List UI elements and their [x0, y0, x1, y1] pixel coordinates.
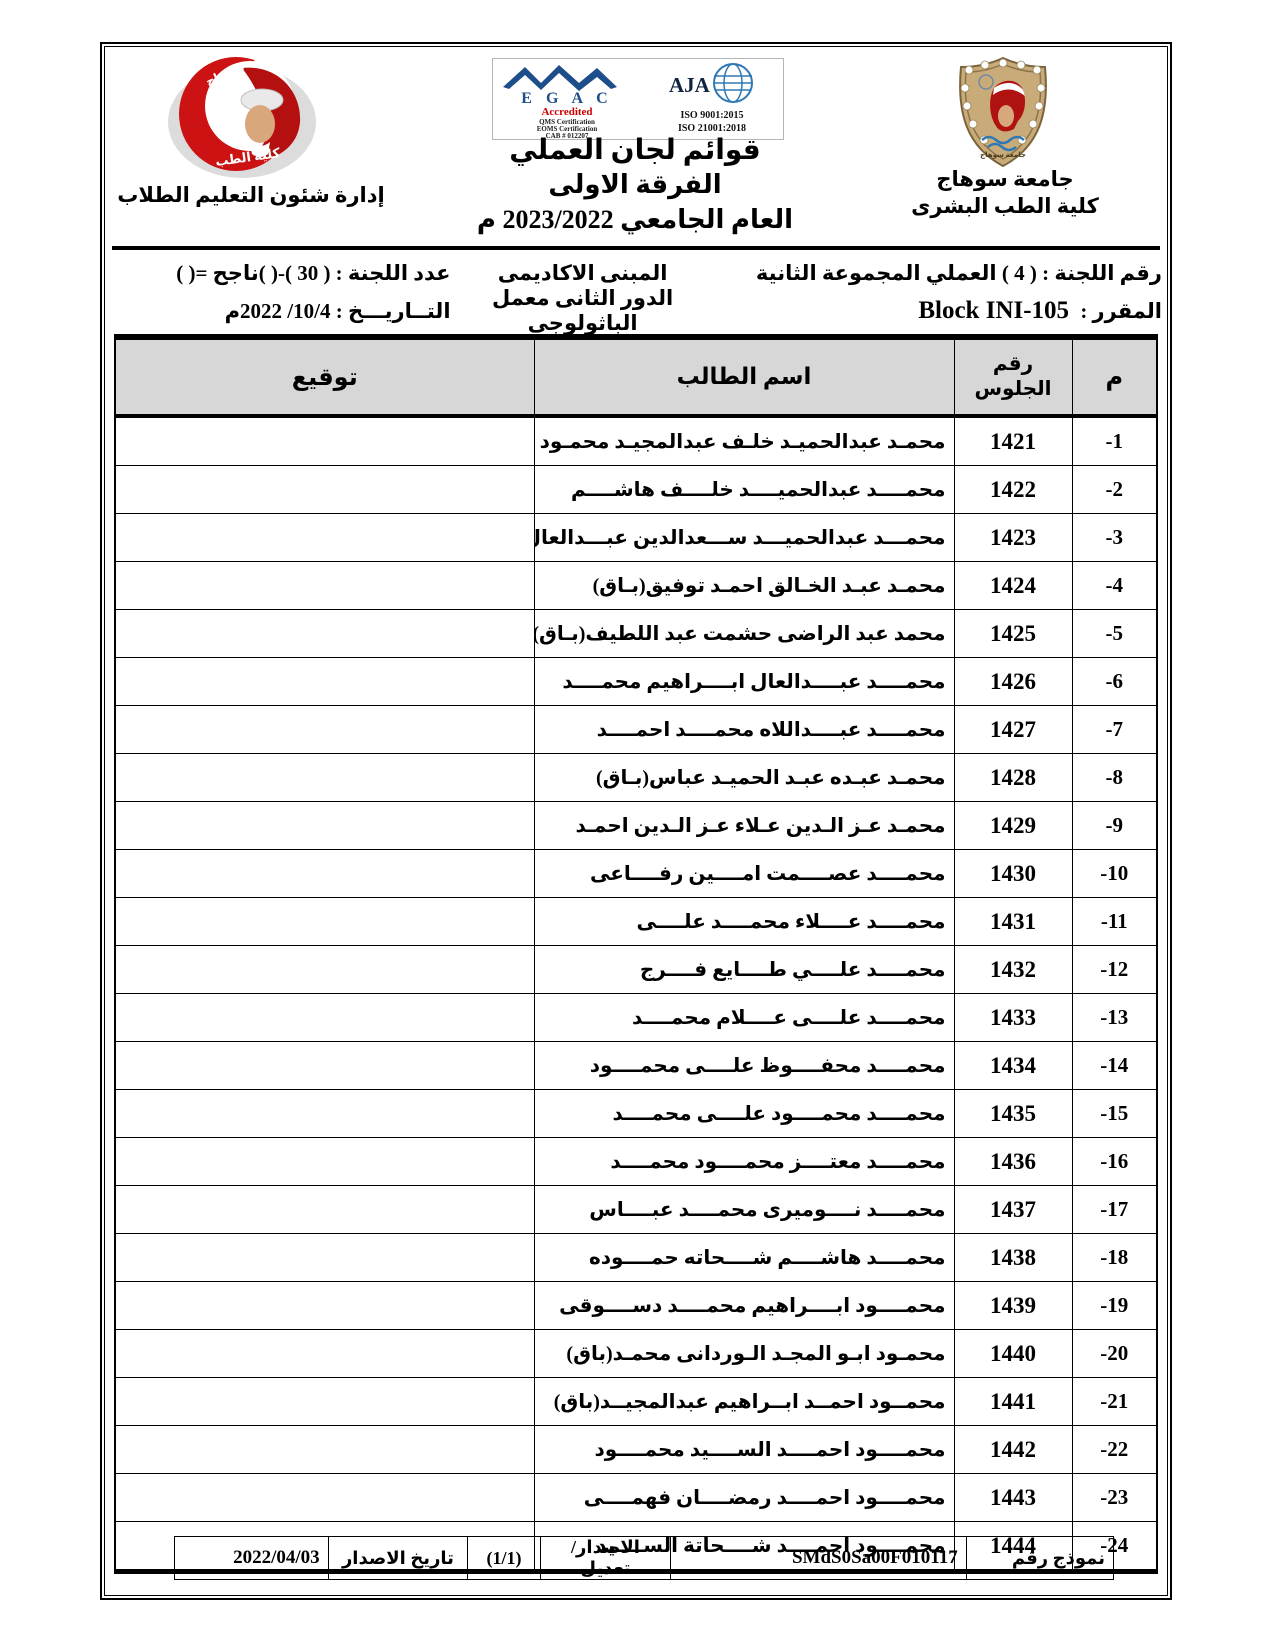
course-code: Block INI-105 [918, 297, 1069, 325]
table-row: -121432محمــــد علــــي طــــايع فــــرج [115, 946, 1157, 994]
student-name: محمــــود احمــــد رمضــــان فهمــــى [534, 1474, 954, 1522]
student-name: محمـد عبـد الخـالق احمـد توفيق(بـاق) [534, 562, 954, 610]
row-index: -22 [1072, 1426, 1157, 1474]
seat-number: 1426 [954, 658, 1072, 706]
exam-date: التــاريـــخ : 10/4/ 2022م [118, 299, 463, 324]
row-index: -16 [1072, 1138, 1157, 1186]
signature-cell [115, 946, 534, 994]
signature-cell [115, 1186, 534, 1234]
egac-name: E G A C [521, 90, 612, 107]
student-name: محمــــد محفــــوظ علــــى محمــــود [534, 1042, 954, 1090]
seat-number: 1436 [954, 1138, 1072, 1186]
header-seat-number: رقم الجلوس [954, 337, 1072, 416]
table-row: -31423محمـــد عبدالحميـــد ســـعدالدين ع… [115, 514, 1157, 562]
table-row: -131433محمــــد علــــى عــــلام محمــــ… [115, 994, 1157, 1042]
egac-accredited: Accredited [541, 106, 592, 118]
student-name: محمــــد هاشــــم شــــحاته حمــــوده [534, 1234, 954, 1282]
header-student-name: اسم الطالب [534, 337, 954, 416]
table-row: -171437محمــــد نــــوميرى محمــــد عبــ… [115, 1186, 1157, 1234]
row-index: -18 [1072, 1234, 1157, 1282]
student-name: محمــــود ابــــراهيم محمــــد دســــوقى [534, 1282, 954, 1330]
seat-number: 1441 [954, 1378, 1072, 1426]
student-name: محمـد عـز الـدين عـلاء عـز الـدين احمـد [534, 802, 954, 850]
student-name: محمــــد عــــلاء محمــــد علــــى [534, 898, 954, 946]
aja-iso2: ISO 21001:2018 [678, 123, 746, 134]
row-index: -19 [1072, 1282, 1157, 1330]
seat-number: 1435 [954, 1090, 1072, 1138]
signature-cell [115, 1474, 534, 1522]
table-row: -191439محمــــود ابــــراهيم محمــــد دس… [115, 1282, 1157, 1330]
student-name: محمــــد نــــوميرى محمــــد عبــــاس [534, 1186, 954, 1234]
seat-number: 1442 [954, 1426, 1072, 1474]
building-name: المبنى الاكاديمى [463, 261, 703, 286]
seat-number: 1421 [954, 416, 1072, 466]
issue-version: (1/1) [468, 1537, 540, 1580]
signature-cell [115, 1090, 534, 1138]
university-label: جامعة سوهاج كلية الطب البشرى [885, 166, 1125, 220]
college-of-medicine-logo-icon: جامعة سوهاج كلية الطب [150, 50, 340, 185]
grade-title: الفرقة الاولى [400, 168, 870, 202]
row-index: -12 [1072, 946, 1157, 994]
student-name: محمــــد علــــى عــــلام محمــــد [534, 994, 954, 1042]
student-name: محمــود احمــد ابــراهيم عبدالمجيــد(باق… [534, 1378, 954, 1426]
signature-cell [115, 1138, 534, 1186]
university-shield-logo-icon: جامعة سوهاج [942, 54, 1064, 172]
form-code: SMdS0Sa00F010117 [671, 1537, 966, 1580]
row-index: -9 [1072, 802, 1157, 850]
signature-cell [115, 562, 534, 610]
row-index: -14 [1072, 1042, 1157, 1090]
signature-cell [115, 898, 534, 946]
signature-cell [115, 706, 534, 754]
signature-cell [115, 610, 534, 658]
row-index: -21 [1072, 1378, 1157, 1426]
seat-number: 1430 [954, 850, 1072, 898]
signature-cell [115, 416, 534, 466]
row-index: -4 [1072, 562, 1157, 610]
seat-number: 1428 [954, 754, 1072, 802]
course-label: المقرر : [1080, 299, 1162, 323]
seat-number: 1427 [954, 706, 1072, 754]
signature-cell [115, 514, 534, 562]
aja-iso1: ISO 9001:2015 [680, 110, 743, 121]
row-index: -1 [1072, 416, 1157, 466]
student-name: محمـد عبـده عبـد الحميـد عباس(بـاق) [534, 754, 954, 802]
seat-number: 1422 [954, 466, 1072, 514]
seat-number: 1424 [954, 562, 1072, 610]
header-signature: توقيع [115, 337, 534, 416]
signature-cell [115, 466, 534, 514]
table-row: -91429محمـد عـز الـدين عـلاء عـز الـدين … [115, 802, 1157, 850]
signature-cell [115, 1042, 534, 1090]
signature-cell [115, 1330, 534, 1378]
document-page: جامعة سوهاج كلية الطب إدارة شئون التعليم… [0, 0, 1275, 1650]
accreditation-box: E G A C Accredited QMS Certification EOM… [492, 58, 784, 140]
aja-name: AJA [669, 73, 711, 97]
signature-cell [115, 1234, 534, 1282]
table-row: -201440محمـود ابـو المجـد الـوردانى محمـ… [115, 1330, 1157, 1378]
table-row: -151435محمــــد محمــــود علــــى محمـــ… [115, 1090, 1157, 1138]
seat-number: 1434 [954, 1042, 1072, 1090]
student-name: محمـد عبدالحميـد خلـف عبدالمجيـد محمـود [534, 416, 954, 466]
egac-logo-icon: E G A C Accredited QMS Certification EOM… [493, 59, 641, 139]
signature-cell [115, 754, 534, 802]
student-name: محمــــد معتــــز محمــــود محمــــد [534, 1138, 954, 1186]
table-row: -71427محمــــد عبــــداللاه محمــــد احم… [115, 706, 1157, 754]
signature-cell [115, 850, 534, 898]
student-name: محمــــد عصــــمت امــــين رفــــاعى [534, 850, 954, 898]
row-index: -10 [1072, 850, 1157, 898]
issue-date-label: تاريخ الاصدار [328, 1537, 468, 1580]
seat-number: 1437 [954, 1186, 1072, 1234]
table-row: -111431محمــــد عــــلاء محمــــد علــــ… [115, 898, 1157, 946]
table-row: -81428محمـد عبـده عبـد الحميـد عباس(بـاق… [115, 754, 1157, 802]
seat-number: 1443 [954, 1474, 1072, 1522]
header-index: م [1072, 337, 1157, 416]
student-name: محمــــد عبدالحميــــد خلــــف هاشــــم [534, 466, 954, 514]
page-title: قوائم لجان العملي [400, 134, 870, 168]
table-row: -61426محمــــد عبــــدالعال ابــــراهيم … [115, 658, 1157, 706]
table-row: -51425محمد عبد الراضى حشمت عبد اللطيف(بـ… [115, 610, 1157, 658]
student-name: محمد عبد الراضى حشمت عبد اللطيف(بـاق) [534, 610, 954, 658]
student-name: محمــــد عبــــداللاه محمــــد احمــــد [534, 706, 954, 754]
row-index: -8 [1072, 754, 1157, 802]
seat-number: 1440 [954, 1330, 1072, 1378]
student-name: محمـود ابـو المجـد الـوردانى محمـد(باق) [534, 1330, 954, 1378]
row-index: -11 [1072, 898, 1157, 946]
form-footer-table: نموذج رقم SMdS0Sa00F010117 الاصدار/تعديل… [174, 1536, 1114, 1580]
student-name: محمــــد علــــي طــــايع فــــرج [534, 946, 954, 994]
department-label: إدارة شئون التعليم الطلاب [112, 183, 390, 208]
aja-logo-icon: AJA ISO 9001:2015 ISO 21001:2018 [641, 59, 783, 139]
academic-year-title: العام الجامعي 2023/2022 م [400, 202, 870, 238]
seat-number: 1423 [954, 514, 1072, 562]
signature-cell [115, 994, 534, 1042]
table-row: -141434محمــــد محفــــوظ علــــى محمـــ… [115, 1042, 1157, 1090]
student-name: محمــــد محمــــود علــــى محمــــد [534, 1090, 954, 1138]
document-titles: قوائم لجان العملي الفرقة الاولى العام ال… [400, 134, 870, 238]
seat-number: 1431 [954, 898, 1072, 946]
header-divider [112, 246, 1160, 250]
student-name: محمــــد عبــــدالعال ابــــراهيم محمـــ… [534, 658, 954, 706]
table-row: -161436محمــــد معتــــز محمــــود محمــ… [115, 1138, 1157, 1186]
exam-info-section: رقم اللجنة : ( 4 ) العملي المجموعة الثان… [118, 254, 1162, 330]
table-row: -11421محمـد عبدالحميـد خلـف عبدالمجيـد م… [115, 416, 1157, 466]
seat-number: 1433 [954, 994, 1072, 1042]
students-table: م رقم الجلوس اسم الطالب توقيع -11421محمـ… [114, 334, 1158, 1574]
row-index: -23 [1072, 1474, 1157, 1522]
table-row: -21422محمــــد عبدالحميــــد خلــــف هاش… [115, 466, 1157, 514]
student-name: محمــــود احمــــد الســــيد محمــــود [534, 1426, 954, 1474]
shield-logo-text: جامعة سوهاج [980, 151, 1026, 159]
course-line: المقرر : Block INI-105 [703, 297, 1162, 325]
seat-number: 1429 [954, 802, 1072, 850]
form-number-label: نموذج رقم [966, 1537, 1113, 1580]
row-index: -20 [1072, 1330, 1157, 1378]
seat-number: 1425 [954, 610, 1072, 658]
university-name: جامعة سوهاج [885, 166, 1125, 193]
committee-number: رقم اللجنة : ( 4 ) العملي المجموعة الثان… [703, 261, 1162, 286]
signature-cell [115, 1426, 534, 1474]
issue-date-value: 2022/04/03 [175, 1537, 329, 1580]
student-name: محمـــد عبدالحميـــد ســـعدالدين عبـــدا… [534, 514, 954, 562]
row-index: -5 [1072, 610, 1157, 658]
issue-label: الاصدار/تعديل [540, 1537, 671, 1580]
table-row: -181438محمــــد هاشــــم شــــحاته حمـــ… [115, 1234, 1157, 1282]
table-header-row: م رقم الجلوس اسم الطالب توقيع [115, 337, 1157, 416]
row-index: -13 [1072, 994, 1157, 1042]
row-index: -15 [1072, 1090, 1157, 1138]
row-index: -7 [1072, 706, 1157, 754]
floor-location: الدور الثانى معمل الباثولوجى [463, 286, 703, 336]
seat-number: 1432 [954, 946, 1072, 994]
signature-cell [115, 802, 534, 850]
seat-number: 1439 [954, 1282, 1072, 1330]
table-row: -41424محمـد عبـد الخـالق احمـد توفيق(بـا… [115, 562, 1157, 610]
committee-count: عدد اللجنة : ( 30 )-( )ناجح =( ) [118, 261, 463, 286]
row-index: -2 [1072, 466, 1157, 514]
table-row: -221442محمــــود احمــــد الســــيد محمـ… [115, 1426, 1157, 1474]
row-index: -3 [1072, 514, 1157, 562]
table-row: -101430محمــــد عصــــمت امــــين رفــــ… [115, 850, 1157, 898]
table-row: -231443محمــــود احمــــد رمضــــان فهمـ… [115, 1474, 1157, 1522]
signature-cell [115, 1282, 534, 1330]
row-index: -17 [1072, 1186, 1157, 1234]
student-table-body: -11421محمـد عبدالحميـد خلـف عبدالمجيـد م… [115, 416, 1157, 1572]
signature-cell [115, 1378, 534, 1426]
seat-number: 1438 [954, 1234, 1072, 1282]
table-row: -211441محمــود احمــد ابــراهيم عبدالمجي… [115, 1378, 1157, 1426]
signature-cell [115, 658, 534, 706]
row-index: -6 [1072, 658, 1157, 706]
faculty-name: كلية الطب البشرى [885, 193, 1125, 220]
